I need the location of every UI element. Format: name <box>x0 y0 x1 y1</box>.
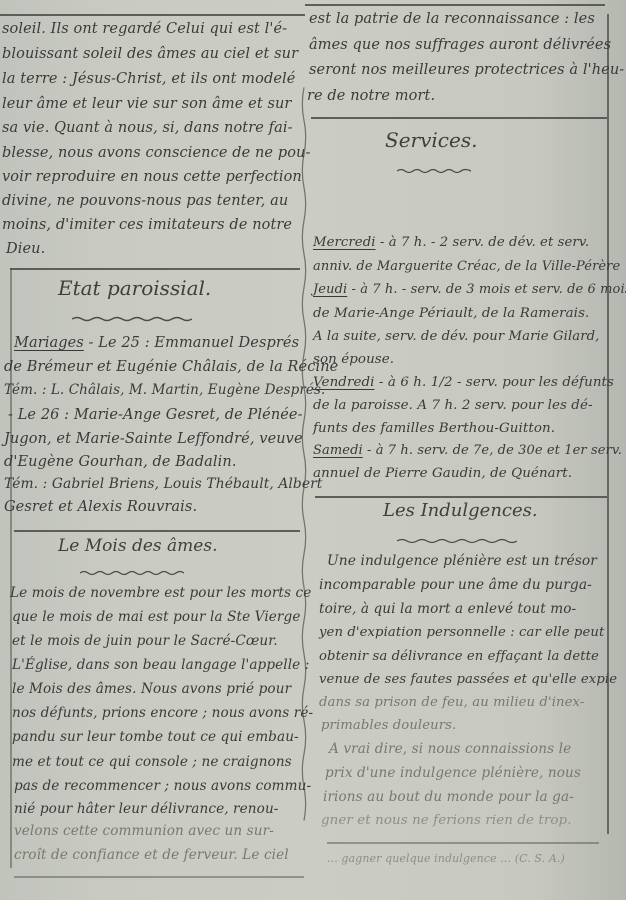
service-text: - à 7 h. - serv. de 3 mois et serv. de 6… <box>347 282 626 297</box>
text-line: primables douleurs. <box>321 717 456 735</box>
section-title: Le Mois des âmes. <box>58 536 217 556</box>
text-line: nié pour hâter leur délivrance, renou- <box>14 800 279 818</box>
text-line: sa vie. Quant à nous, si, dans notre fai… <box>2 119 293 137</box>
ornament-squiggle <box>80 570 184 576</box>
service-entry-mercredi: Mercredi - à 7 h. - 2 serv. de dév. et s… <box>313 234 589 252</box>
section-title: Etat paroissial. <box>58 276 211 300</box>
text-line: Tém. : L. Châlais, M. Martin, Eugène Des… <box>4 381 325 399</box>
text-line: soleil. Ils ont regardé Celui qui est l'… <box>2 20 287 38</box>
service-entry: son épouse. <box>313 351 394 369</box>
section-rule <box>327 842 599 844</box>
bottom-rule-left <box>14 876 304 878</box>
text-line: nos défunts, prions encore ; nous avons … <box>12 704 313 722</box>
text-line: - Le 26 : Marie-Ange Gesret, de Plénée- <box>8 406 303 424</box>
section-rule <box>315 496 607 498</box>
text-line: d'Eugène Gourhan, de Badalin. <box>4 453 237 471</box>
text-line: Jugon, et Marie-Sainte Leffondré, veuve <box>4 430 303 448</box>
text-line: me et tout ce qui console ; ne craignons <box>12 753 292 771</box>
footer-note: ... gagner quelque indulgence ... (C. S.… <box>327 850 565 868</box>
service-entry: de Marie-Ange Périault, de la Ramerais. <box>313 305 589 323</box>
text-line: est la patrie de la reconnaissance : les <box>309 10 595 28</box>
text-line: et le mois de juin pour le Sacré-Cœur. <box>12 632 278 650</box>
marriage-text: - Le 25 : Emmanuel Després <box>84 335 299 351</box>
service-entry: annuel de Pierre Gaudin, de Quénart. <box>313 465 572 483</box>
marriage-line: Mariages - Le 25 : Emmanuel Després <box>14 334 299 352</box>
section-rule <box>14 530 300 532</box>
text-line: velons cette communion avec un sur- <box>14 822 274 840</box>
service-text: - à 7 h. serv. de 7e, de 30e et 1er serv… <box>363 443 622 458</box>
day-label: Samedi <box>313 443 363 458</box>
service-entry-vendredi: Vendredi - à 6 h. 1/2 - serv. pour les d… <box>313 374 614 392</box>
day-label: Vendredi <box>313 375 375 390</box>
ornament-squiggle <box>397 538 517 544</box>
text-line: Tém. : Gabriel Briens, Louis Thébault, A… <box>4 475 322 493</box>
mariages-label: Mariages <box>14 335 84 351</box>
service-entry: A la suite, serv. de dév. pour Marie Gil… <box>313 328 599 346</box>
service-entry-jeudi: Jeudi - à 7 h. - serv. de 3 mois et serv… <box>313 281 626 299</box>
text-line: A vrai dire, si nous connaissions le <box>329 740 571 758</box>
text-line: Dieu. <box>6 240 45 258</box>
text-line: gner et nous ne ferions rien de trop. <box>321 812 572 830</box>
text-line: de Brémeur et Eugénie Châlais, de la Réc… <box>4 358 338 376</box>
service-entry: de la paroisse. A 7 h. 2 serv. pour les … <box>313 397 593 415</box>
text-line: la terre : Jésus-Christ, et ils ont mode… <box>2 70 295 88</box>
day-label: Mercredi <box>313 235 376 250</box>
text-line: blesse, nous avons conscience de ne pou- <box>2 144 310 162</box>
text-line: pandu sur leur tombe tout ce qui embau- <box>12 728 299 746</box>
right-column: est la patrie de la reconnaissance : les… <box>305 0 610 900</box>
text-line: pas de recommencer ; nous avons commu- <box>14 777 311 795</box>
text-line: Une indulgence plénière est un trésor <box>327 552 597 570</box>
ornament-squiggle <box>72 316 192 322</box>
text-line: prix d'une indulgence plénière, nous <box>325 764 581 782</box>
service-entry: anniv. de Marguerite Créac, de la Ville-… <box>313 258 620 276</box>
service-entry: funts des familles Berthou-Guitton. <box>313 420 555 438</box>
service-text: - à 6 h. 1/2 - serv. pour les défunts <box>375 375 614 390</box>
text-line: Gesret et Alexis Rouvrais. <box>4 498 197 516</box>
text-line: L'Église, dans son beau langage l'appell… <box>12 656 309 674</box>
text-span: est la patrie de la reconnaissance : les <box>309 11 595 27</box>
text-line: incomparable pour une âme du purga- <box>319 576 592 594</box>
text-line: voir reproduire en nous cette perfection <box>2 168 302 186</box>
service-text: - à 7 h. - 2 serv. de dév. et serv. <box>376 235 590 250</box>
text-line: dans sa prison de feu, au milieu d'inex- <box>319 694 584 712</box>
text-line: le Mois des âmes. Nous avons prié pour <box>12 680 291 698</box>
section-rule <box>311 117 607 119</box>
left-column: soleil. Ils ont regardé Celui qui est l'… <box>0 0 300 900</box>
text-line: Le mois de novembre est pour les morts c… <box>10 584 311 602</box>
text-line: toire, à qui la mort a enlevé tout mo- <box>319 600 576 618</box>
text-line: âmes que nos suffrages auront délivrées <box>309 36 611 54</box>
day-label: Jeudi <box>313 282 347 297</box>
text-line: yen d'expiation personnelle : car elle p… <box>319 624 604 642</box>
text-line: blouissant soleil des âmes au ciel et su… <box>2 45 298 63</box>
text-line: seront nos meilleures protectrices à l'h… <box>309 61 624 79</box>
text-line: re de notre mort. <box>307 87 435 105</box>
handwritten-bulletin-page: soleil. Ils ont regardé Celui qui est l'… <box>0 0 626 900</box>
section-rule <box>10 268 300 270</box>
text-line: que le mois de mai est pour la Ste Vierg… <box>12 608 300 626</box>
service-entry-samedi: Samedi - à 7 h. serv. de 7e, de 30e et 1… <box>313 442 622 460</box>
section-title: Les Indulgences. <box>383 500 538 521</box>
section-title: Services. <box>385 128 477 152</box>
text-line: obtenir sa délivrance en effaçant la det… <box>319 648 599 666</box>
text-line: irions au bout du monde pour la ga- <box>323 788 574 806</box>
text-line: leur âme et leur vie sur son âme et sur <box>2 95 291 113</box>
text-line: croît de confiance et de ferveur. Le cie… <box>14 846 289 864</box>
text-line: moins, d'imiter ces imitateurs de notre <box>2 216 292 234</box>
text-line: venue de ses fautes passées et qu'elle e… <box>319 671 617 689</box>
text-line: divine, ne pouvons-nous pas tenter, au <box>2 192 288 210</box>
ornament-squiggle <box>397 168 471 174</box>
